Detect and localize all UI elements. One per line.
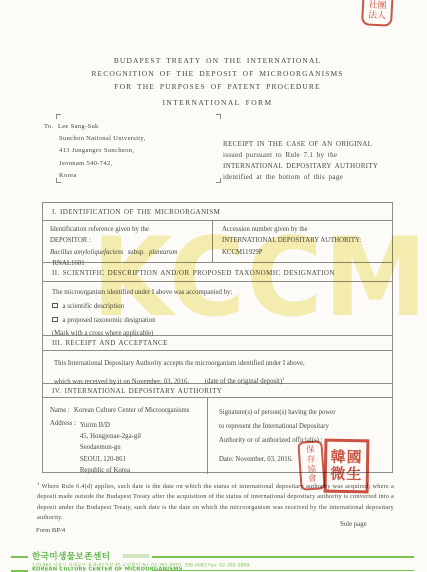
authority-name: Korean Culture Center of Microorganisms [74, 407, 189, 414]
checkbox-row-scientific-description: a scientific description [52, 300, 392, 314]
scanned-document-page: 社團法人 BUDAPEST TREATY ON THE INTERNATIONA… [0, 0, 427, 572]
depositary-authority-cell: Name : Korean Culture Center of Microorg… [43, 398, 208, 474]
signature-line: to represent the International Depositar… [219, 420, 392, 434]
received-date-text: which was received by it on November, 03… [54, 378, 189, 385]
form-subtitle: INTERNATIONAL FORM [30, 98, 405, 107]
receipt-line: identified at the bottom of this page [223, 172, 378, 183]
document-title: BUDAPEST TREATY ON THE INTERNATIONAL REC… [30, 54, 405, 93]
section-1-content: Identification reference given by the DE… [43, 221, 392, 263]
authority-address-line: Yurim B/D [80, 420, 141, 431]
receipt-note: RECEIPT IN THE CASE OF AN ORIGINAL issue… [223, 139, 378, 183]
addressee-line: Korea [44, 170, 146, 182]
addressee-name: Lee Sang-Suk [58, 123, 99, 130]
organism-name: Bacillus amyloliquefaciens subsp. planta… [50, 247, 209, 270]
authority-address-line: 45, Hongjenae-2ga-gil [80, 431, 141, 442]
organism-subsp: subsp. [128, 249, 145, 256]
address-corner-mark [216, 178, 221, 183]
addressee-line: Jeonnam 540-742, [44, 158, 146, 170]
address-corner-mark [216, 114, 221, 119]
acceptance-line1: This International Depositary Authority … [54, 357, 392, 372]
identification-reference-cell: Identification reference given by the DE… [43, 221, 213, 262]
authority-address-line: SEOUL 120-861 [80, 454, 141, 465]
scientific-description-checkbox[interactable] [52, 303, 58, 309]
checkbox-label: a scientific description [63, 303, 125, 310]
id-ref-line2: DEPOSITOR : [50, 235, 209, 246]
footnote-marker: 1 [37, 481, 40, 486]
receipt-line: INTERNATIONAL DEPOSITARY AUTHORITY [223, 161, 378, 172]
receipt-line: RECEIPT IN THE CASE OF AN ORIGINAL [223, 139, 378, 150]
accession-number-cell: Accession number given by the INTERNATIO… [213, 221, 392, 262]
footnote-reference: 1 [282, 376, 284, 381]
red-seal-stamp-top: 社團法人 [361, 0, 394, 27]
accession-line1: Accession number given by the [222, 224, 392, 235]
addressee-line: Sunchon National University, [44, 133, 146, 145]
authority-name-row: Name : Korean Culture Center of Microorg… [50, 407, 205, 414]
authority-address-line: Seodaemun-gu [80, 442, 141, 453]
footer-faint-mark [123, 554, 149, 558]
id-ref-line1: Identification reference given by the [50, 224, 209, 235]
seal-glyphs: 韓國微生 [329, 448, 364, 483]
accession-line2: INTERNATIONAL DEPOSITARY AUTHORITY: [222, 235, 392, 246]
title-line-3: FOR THE PURPOSES OF PATENT PROCEDURE [30, 80, 405, 93]
checkbox-row-taxonomic-designation: a proposed taxonomic designation [52, 314, 392, 328]
footer-rule [11, 556, 28, 558]
address-corner-mark [56, 114, 61, 119]
taxonomic-designation-checkbox[interactable] [52, 317, 58, 323]
footer-rule [11, 570, 28, 572]
authority-address-lines: Yurim B/D 45, Hongjenae-2ga-gil Seodaemu… [80, 420, 141, 476]
form-table: I. IDENTIFICATION OF THE MICROORGANISM I… [42, 202, 393, 473]
organism-species: plantarum [149, 249, 177, 256]
seal-glyphs: 社團法人 [367, 0, 389, 22]
addressee-line: 413 Jungangro Suncheon, [44, 145, 146, 157]
title-line-2: RECOGNITION OF THE DEPOSIT OF MICROORGAN… [30, 67, 405, 80]
section-3-title: III. RECEIPT AND ACCEPTANCE [43, 336, 392, 351]
title-line-1: BUDAPEST TREATY ON THE INTERNATIONAL [30, 54, 405, 67]
footer-rule [152, 570, 414, 571]
to-label: To. [44, 123, 53, 130]
footer-rule [152, 556, 414, 558]
organism-genus: Bacillus amyloliquefaciens [50, 249, 123, 256]
section-3-content: This International Depositary Authority … [43, 351, 392, 384]
receipt-line: issued pursuant to Rule 7.1 by the [223, 150, 378, 161]
address-label: Address : [50, 420, 76, 476]
authority-address-line: Republic of Korea [80, 465, 141, 476]
accession-number: KCCM11929P [222, 247, 392, 258]
red-seal-stamp-large: 韓國微生 [324, 439, 370, 494]
original-deposit-note: (date of the original deposit) [205, 378, 282, 385]
seal-glyphs: 保存協會 [306, 446, 318, 486]
authority-address-row: Address : Yurim B/D 45, Hongjenae-2ga-gi… [50, 420, 205, 476]
checkbox-label: a proposed taxonomic designation [63, 317, 156, 324]
section-1-title: I. IDENTIFICATION OF THE MICROORGANISM [43, 203, 392, 221]
form-number: Form BP/4 [36, 527, 65, 534]
section-4-title: IV. INTERNATIONAL DEPOSITARY AUTHORITY [43, 384, 392, 398]
section-2-content: The microorganism identified under I abo… [43, 282, 392, 336]
red-seal-stamp-small: 保存協會 [297, 440, 325, 491]
name-label: Name : [50, 407, 70, 414]
signature-line: Signature(s) of person(s) having the pow… [219, 406, 392, 420]
addressee-block: To. Lee Sang-Suk Sunchon National Univer… [44, 121, 146, 182]
addressee-name-line: To. Lee Sang-Suk [44, 121, 146, 133]
organism-strain-code: RNAL1601 [53, 260, 85, 267]
accompanied-by-intro: The microorganism identified under I abo… [52, 286, 392, 300]
